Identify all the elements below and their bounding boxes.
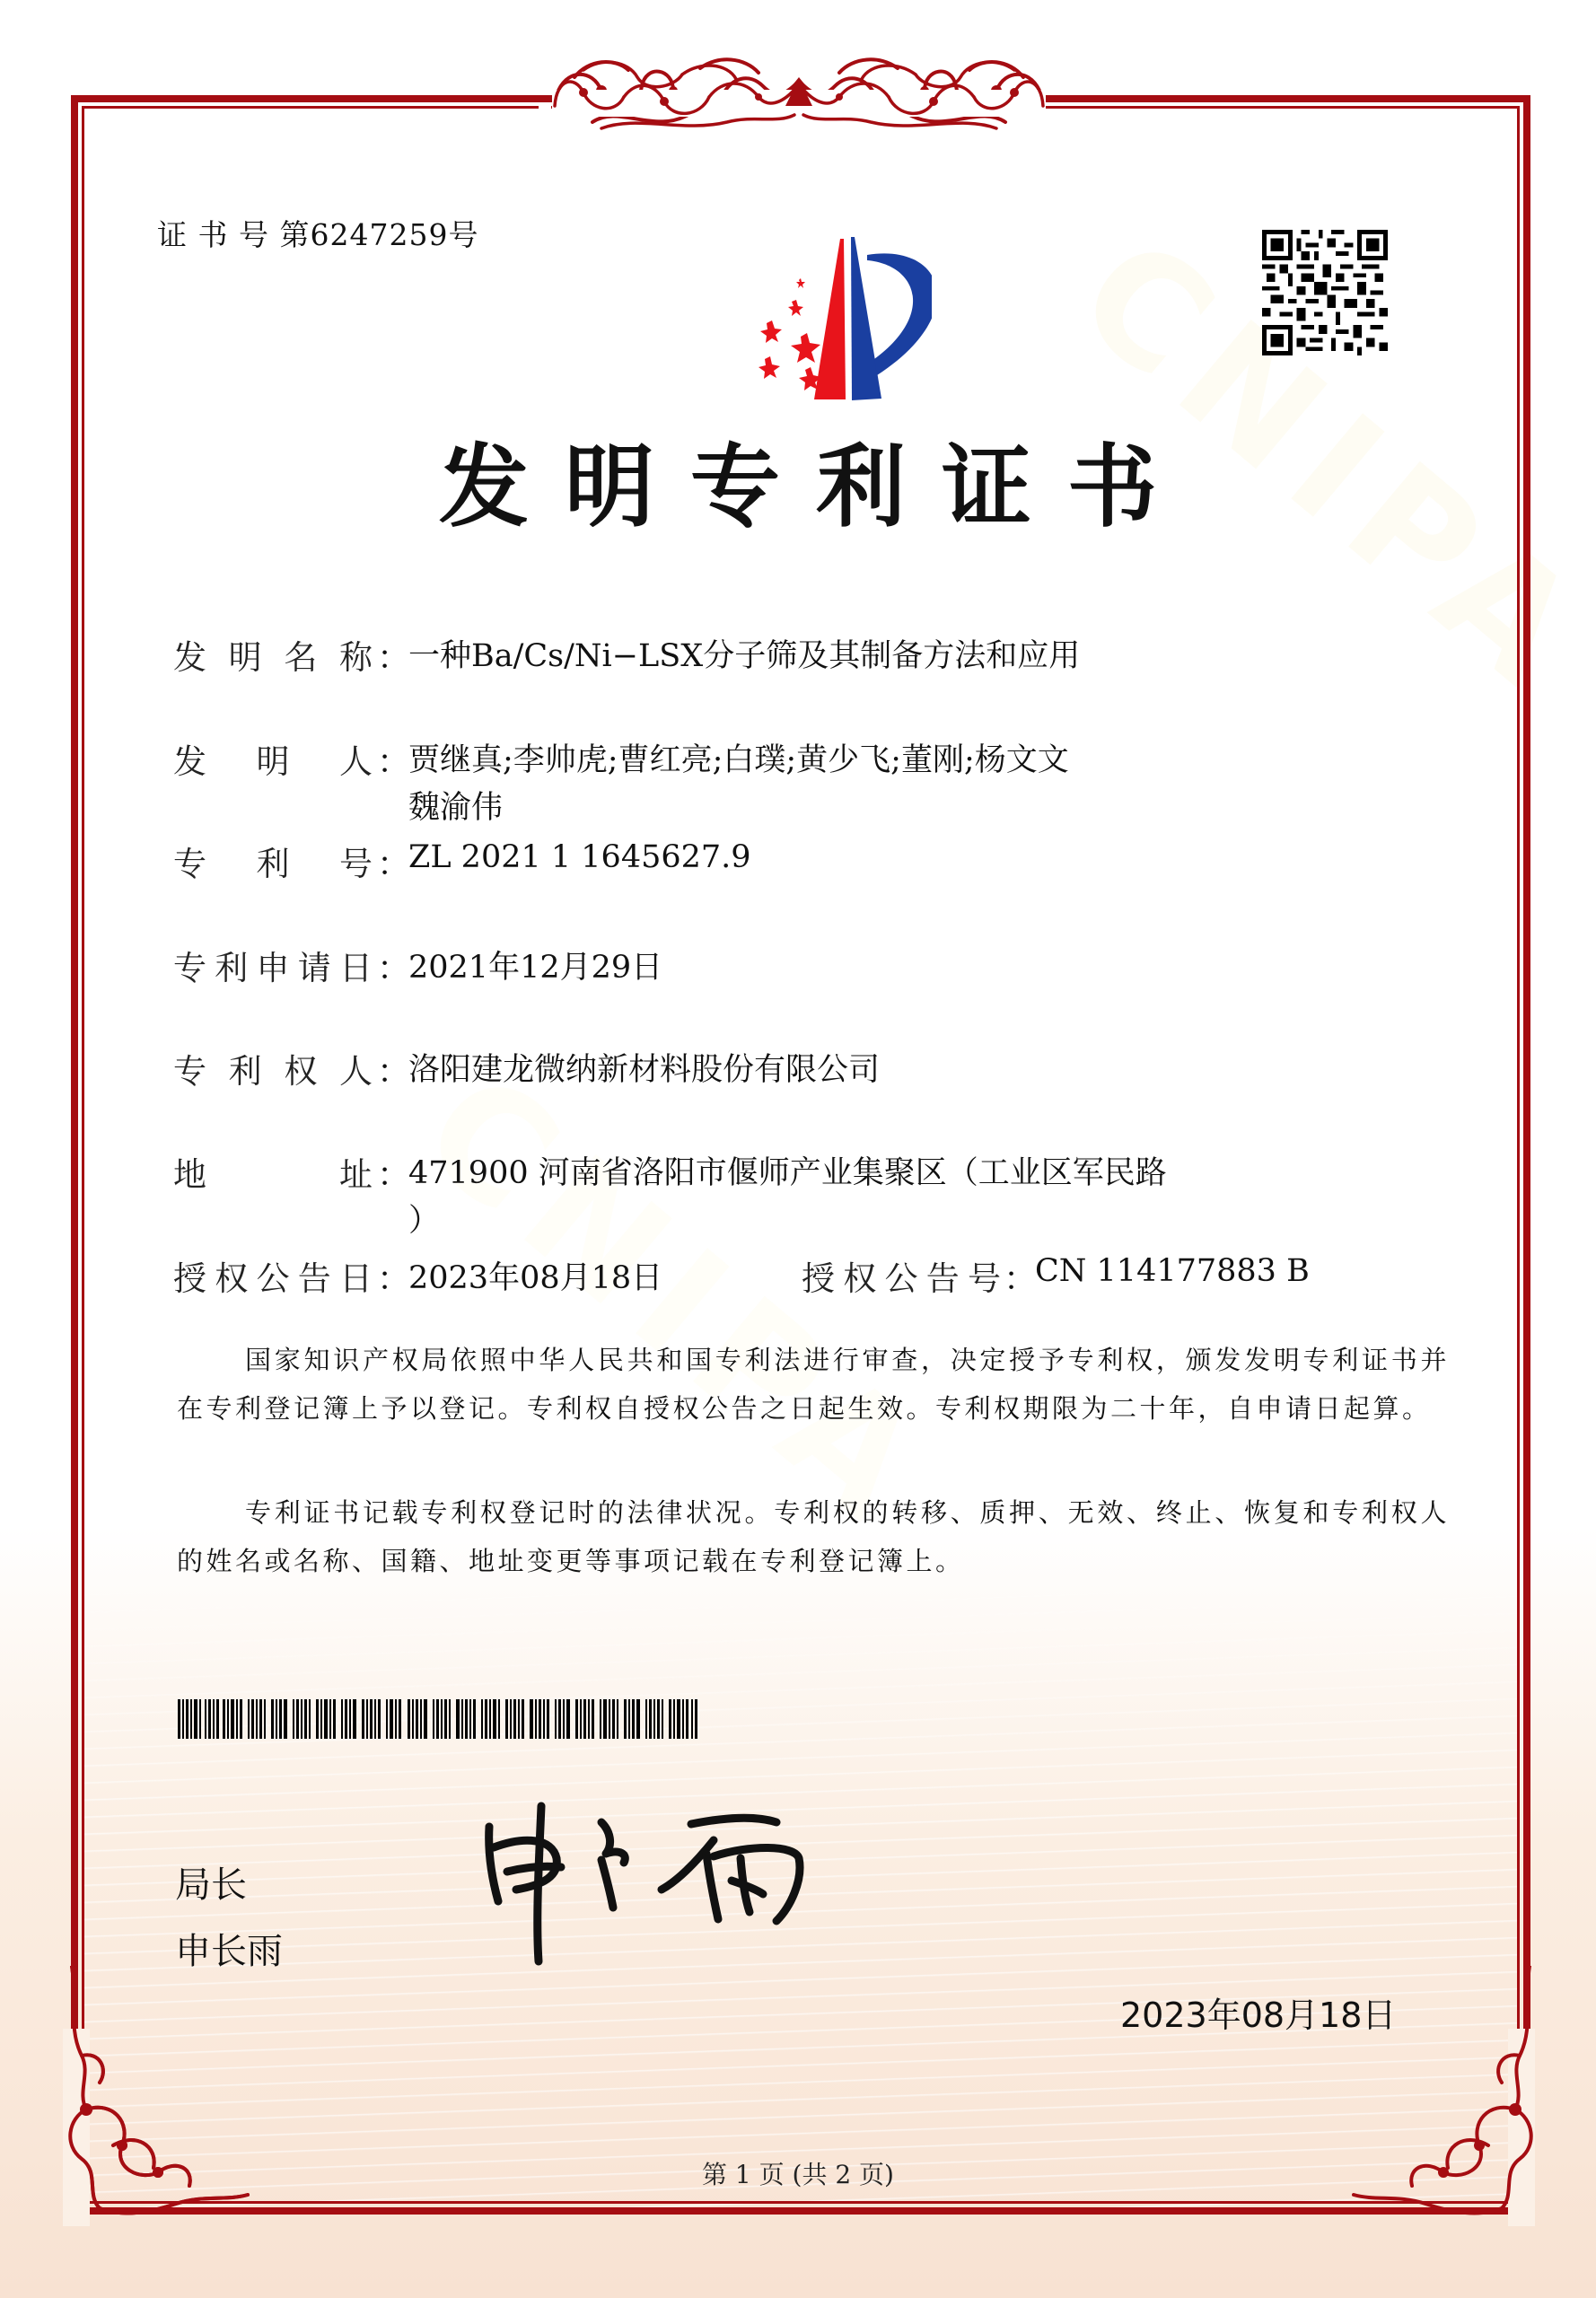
- corner-ornament-bottom-left-icon: [59, 1966, 257, 2235]
- field-value-inventors-line2: 魏渝伟: [408, 783, 503, 828]
- field-value-grant-number: CN 114177883 B: [1035, 1253, 1310, 1289]
- field-colon: ：: [377, 1044, 410, 1092]
- field-colon: ：: [1004, 1251, 1037, 1300]
- top-ornament-icon: [548, 52, 1050, 138]
- field-colon: ：: [377, 1251, 410, 1300]
- certificate-title: 发明专利证书: [0, 415, 1596, 544]
- signing-date: 2023年08月18日: [1120, 1987, 1396, 2037]
- field-colon: ：: [377, 1147, 410, 1196]
- field-label-grant-date: 授 权 公 告 日: [173, 1251, 373, 1300]
- field-colon: ：: [377, 941, 410, 989]
- field-value-patentee: 洛阳建龙微纳新材料股份有限公司: [408, 1045, 880, 1090]
- field-label-inventors: 发 明 人: [173, 734, 373, 783]
- director-title: 局长: [175, 1856, 247, 1908]
- page-indicator: 第 1 页 (共 2 页): [0, 2155, 1596, 2191]
- field-colon: ：: [377, 734, 410, 783]
- field-label-grant-number: 授 权 公 告 号: [802, 1251, 1001, 1300]
- field-label-invention-name: 发 明 名 称: [173, 630, 373, 679]
- field-value-address-line1: 471900 河南省洛阳市偃师产业集聚区（工业区军民路: [408, 1148, 1167, 1193]
- field-value-invention-name: 一种Ba/Cs/Ni−LSX分子筛及其制备方法和应用: [408, 631, 1080, 676]
- cnipa-logo-icon: [675, 215, 932, 406]
- qr-code-icon: [1261, 230, 1389, 355]
- field-value-inventors-line1: 贾继真;李帅虎;曹红亮;白璞;黄少飞;董刚;杨文文: [408, 735, 1069, 780]
- field-value-grant-date: 2023年08月18日: [408, 1253, 662, 1298]
- top-ornament-band-left: [489, 95, 552, 102]
- field-value-address-line2: ）: [408, 1196, 440, 1241]
- handwritten-signature-icon: [453, 1795, 830, 1975]
- field-colon: ：: [377, 837, 410, 885]
- field-value-patent-number: ZL 2021 1 1645627.9: [408, 839, 751, 875]
- field-label-patent-number: 专 利 号: [173, 837, 373, 885]
- field-colon: ：: [377, 630, 410, 679]
- legal-paragraph-1: 国家知识产权局依照中华人民共和国专利法进行审查，决定授予专利权，颁发发明专利证书…: [177, 1336, 1450, 1433]
- field-label-patentee: 专 利 权 人: [173, 1044, 373, 1092]
- director-name: 申长雨: [175, 1923, 283, 1974]
- barcode-icon: [178, 1699, 698, 1739]
- certificate-number-label: 证 书 号: [157, 217, 269, 252]
- certificate-number-value: 第6247259号: [279, 217, 478, 252]
- field-label-address: 地 址: [173, 1147, 373, 1196]
- field-value-application-date: 2021年12月29日: [408, 943, 662, 987]
- legal-paragraph-2: 专利证书记载专利权登记时的法律状况。专利权的转移、质押、无效、终止、恢复和专利权…: [177, 1488, 1450, 1585]
- certificate-number: 证 书 号 第6247259号: [157, 212, 478, 254]
- field-label-application-date: 专 利 申 请 日: [173, 941, 373, 989]
